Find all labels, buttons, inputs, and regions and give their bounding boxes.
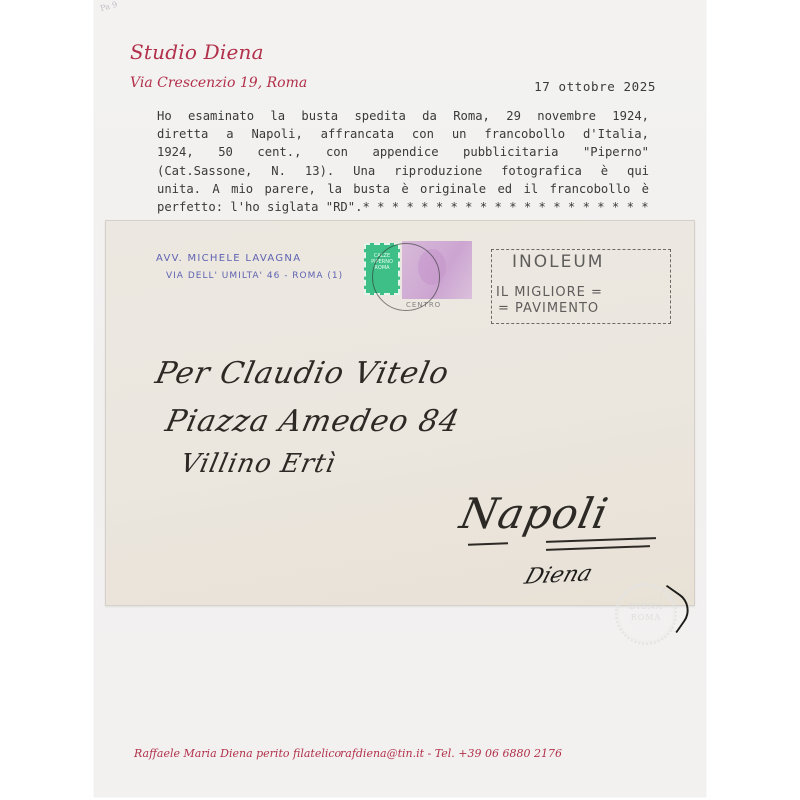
certificate-line: diretta a Napoli, affrancata con un fran… [157, 125, 649, 143]
handwritten-building: Villino Ertì [178, 449, 339, 479]
postmark-text: CENTRO [406, 301, 441, 309]
envelope-photo: AVV. MICHELE LAVAGNA VIA DELL' UMILTA' 4… [105, 220, 695, 606]
handwritten-city: Napoli [456, 489, 613, 538]
certificate-line: 1924, 50 cent., con appendice pubblicita… [157, 143, 649, 161]
certificate-text: Ho esaminato la busta spedita da Roma, 2… [157, 107, 649, 216]
handwritten-recipient: Per Claudio Vitelo [152, 356, 452, 391]
pencil-note: Pa 9 [99, 0, 118, 13]
footer-contact: rafdiena@tin.it - Tel. +39 06 6880 2176 [340, 747, 562, 760]
city-underline [546, 545, 650, 551]
sender-name: AVV. MICHELE LAVAGNA [156, 253, 301, 264]
city-underline [468, 542, 508, 545]
certificate-line: (Cat.Sassone, N. 13). Una riproduzione f… [157, 162, 649, 180]
certificate-date: 17 ottobre 2025 [534, 79, 656, 94]
certificate-page: Pa 9 Studio Diena Via Crescenzio 19, Rom… [94, 0, 706, 797]
slogan-line: = PAVIMENTO [498, 301, 599, 316]
slogan-line: IL MIGLIORE = [496, 285, 603, 300]
slogan-line: INOLEUM [512, 252, 604, 272]
letterhead-address: Via Crescenzio 19, Roma [130, 75, 307, 91]
sender-address: VIA DELL' UMILTA' 46 - ROMA (1) [166, 271, 343, 281]
footer-expert-name: Raffaele Maria Diena perito filatelico [134, 747, 341, 760]
expert-signature: Diena [522, 561, 596, 589]
certificate-line: perfetto: l'ho siglata "RD".* * * * * * … [157, 198, 649, 216]
certificate-line: Ho esaminato la busta spedita da Roma, 2… [157, 107, 649, 125]
certificate-line: unita. A mio parere, la busta è original… [157, 180, 649, 198]
handwritten-street: Piazza Amedeo 84 [162, 404, 463, 439]
letterhead-name: Studio Diena [130, 40, 264, 64]
